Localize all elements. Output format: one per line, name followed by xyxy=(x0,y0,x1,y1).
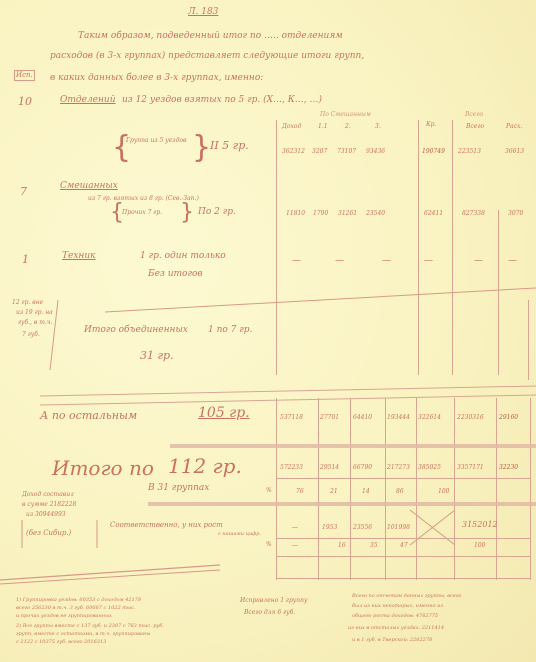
footnote-right-1: Всего по отчетам данных группы, всего xyxy=(352,594,461,599)
comparison-value-1: — xyxy=(292,524,298,531)
footnote-left-4: 2) Все группы вместе с 137 губ. и 2307 с… xyxy=(16,624,164,629)
total-value-3: 66790 xyxy=(353,464,372,471)
left-note-2: в сумме 2182228 xyxy=(22,502,76,508)
col-line xyxy=(528,300,529,380)
comparison-pct-4: 47 xyxy=(400,542,408,549)
footnote-right-2: был из них некоторых, именно из xyxy=(352,604,443,609)
comparison-value-3: 23556 xyxy=(353,524,372,531)
remaining-value-2: 27701 xyxy=(320,414,339,421)
footnote-left-2: всего 256230 в т.ч. 3 губ. 60087 с 1022 … xyxy=(16,606,135,611)
subtotal-label: Итого объединенных xyxy=(84,326,188,335)
total-value-2: 29514 xyxy=(320,464,339,471)
col-line xyxy=(418,120,419,375)
footnote-middle-2: Всего для 6 губ. xyxy=(244,610,295,616)
comparison-value-6: 3152012 xyxy=(462,520,498,529)
left-margin-note-4: 7 губ. xyxy=(22,332,40,338)
left-note-3: из 30944993 xyxy=(26,512,66,518)
table-line xyxy=(350,398,351,580)
percent-value-6: 100 xyxy=(438,488,449,495)
remaining-value-5: 322614 xyxy=(418,414,441,421)
col-line xyxy=(498,210,499,375)
table-line xyxy=(276,398,277,580)
remaining-label: А по остальным xyxy=(40,410,137,421)
footnote-left-6: с 2122 с 10375 губ. всего 2016313 xyxy=(16,640,106,645)
left-margin-note-2: из 19 гр. на xyxy=(16,310,53,316)
remaining-value-3: 64410 xyxy=(353,414,372,421)
table-line xyxy=(530,398,531,580)
remaining-value-7: 29160 xyxy=(499,414,518,421)
remaining-value-1: 537118 xyxy=(280,414,303,421)
percent-value-2: 21 xyxy=(330,488,338,495)
table-line xyxy=(318,398,319,580)
left-note-4: (без Сибир.) xyxy=(26,530,71,537)
double-rule-2 xyxy=(148,502,536,506)
table-row-line xyxy=(276,538,530,539)
table-row-line xyxy=(276,478,530,479)
comparison-label: Соответственно, у них рост xyxy=(110,522,223,529)
footnote-right-4: из них в отсталых уездах: 2211414 xyxy=(348,626,444,631)
left-margin-note-3: губ., в т.ч. xyxy=(18,320,53,326)
percent-label: % xyxy=(266,488,272,494)
left-margin-note-1: 12 гр. вне xyxy=(12,300,43,306)
total-value-4: 217273 xyxy=(387,464,410,471)
document-page: Л. 183 Таким образом, подведенный итог п… xyxy=(0,0,536,662)
footnote-right-3: общего роста доходов: 4762775 xyxy=(352,614,438,619)
comparison-value-2: 1953 xyxy=(322,524,337,531)
comparison-pct-label: % xyxy=(266,542,272,548)
total-label: Итого по xyxy=(52,458,154,478)
col-line xyxy=(276,120,277,375)
comparison-pct-1: — xyxy=(292,542,298,549)
table-row-line xyxy=(276,556,530,557)
footnote-right-5: и в 1 губ. в Тверской: 2262278 xyxy=(352,638,432,643)
comparison-pct-6: 100 xyxy=(474,542,485,549)
total-value-6: 3357171 xyxy=(457,464,484,471)
comparison-pct-3: 35 xyxy=(370,542,378,549)
left-note-1: Доход составил xyxy=(22,492,74,498)
ruling-lines xyxy=(0,0,536,662)
double-rule xyxy=(170,444,536,448)
table-line xyxy=(416,398,417,580)
subtotal-groups: 31 гр. xyxy=(140,350,174,361)
comparison-value-4: 101998 xyxy=(387,524,410,531)
table-row-line xyxy=(276,578,530,579)
col-line xyxy=(452,120,453,375)
remaining-value-6: 2230316 xyxy=(457,414,484,421)
percent-value-1: 76 xyxy=(296,488,304,495)
subtotal-note: 1 по 7 гр. xyxy=(208,326,252,335)
footnote-left-5: групп, вместе с остатками, в т.ч. группи… xyxy=(16,632,150,637)
percent-value-4: 86 xyxy=(396,488,404,495)
table-line xyxy=(454,398,455,580)
total-value-7: 32230 xyxy=(499,464,518,471)
remaining-value-4: 193444 xyxy=(387,414,410,421)
total-value-5: 385025 xyxy=(418,464,441,471)
remaining-groups: 105 гр. xyxy=(198,406,250,420)
table-line xyxy=(496,398,497,580)
table-line xyxy=(385,398,386,580)
total-value-1: 572233 xyxy=(280,464,303,471)
comparison-pct-2: 16 xyxy=(338,542,346,549)
total-groups: 112 гр. xyxy=(168,456,242,476)
percent-value-3: 14 xyxy=(362,488,370,495)
footnote-left-3: и прочих уездов не группированных xyxy=(16,614,112,619)
comparison-sub: с нашими цифр. xyxy=(218,532,261,537)
footnote-left-1: 1) Группировка уездов: 60353 с доходом 4… xyxy=(16,598,141,603)
in-groups-label: В 31 группах xyxy=(148,484,209,493)
footnote-middle-1: Исправлено 1 группу xyxy=(240,598,308,604)
